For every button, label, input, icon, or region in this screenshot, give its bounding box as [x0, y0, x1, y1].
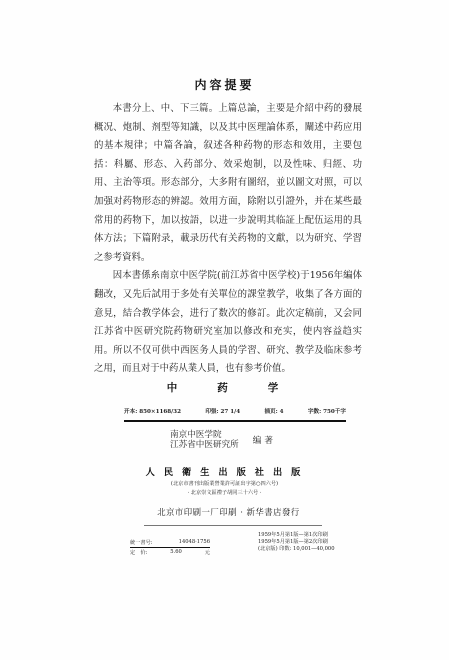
spec-plates: 插页: 4: [264, 407, 283, 415]
publication-specs: 开本: 850×1168/32 印張: 27 1/4 插页: 4 字数: 750…: [124, 407, 346, 415]
spec-format: 开本: 850×1168/32: [124, 407, 181, 415]
author-name: 南京中医学院: [170, 430, 239, 440]
printer-divider: [144, 525, 322, 526]
scanned-page: 内容提要 本書分上、中、下三篇。上篇总論，主要是介紹中药的發展概况、炮制、剂型等…: [0, 0, 449, 660]
summary-body: 本書分上、中、下三篇。上篇总論，主要是介紹中药的發展概况、炮制、剂型等知識，以及…: [94, 100, 362, 379]
summary-paragraph-1: 本書分上、中、下三篇。上篇总論，主要是介紹中药的發展概况、炮制、剂型等知識，以及…: [94, 100, 362, 267]
summary-paragraph-2: 因本書係糸南京中医学院(前江苏省中医学校)于1956年編体翻改，又先后試用于多处…: [94, 267, 362, 379]
price-row: 定 价: 5.60 元: [130, 548, 210, 557]
publisher-address-note: · 北京崇文區禮子胡同三十六号 ·: [0, 489, 449, 496]
publisher-name: 人民衛生出版社出版: [0, 464, 449, 478]
printer-line: 北京市印刷一厂印刷 · 新华書店發行: [0, 506, 449, 518]
spec-sheets: 印張: 27 1/4: [205, 407, 240, 415]
book-title: 中药学: [0, 380, 449, 395]
author-role: 编著: [253, 434, 276, 446]
price-unit: 元: [205, 549, 210, 556]
price-label: 定 价:: [130, 549, 147, 556]
print-run-line: (北京版) 印数: 10,001—40,000: [258, 546, 335, 553]
unified-number-label: 統一書号:: [130, 539, 153, 546]
summary-title: 内容提要: [0, 76, 449, 93]
publisher-license-note: (北京市書刊出版業營業許可証出字第○四六号): [0, 480, 449, 487]
author-names: 南京中医学院 江苏省中医研究所: [170, 430, 239, 450]
edition-info: 1959年5月第1版—第1次印刷 1959年5月第1版—第2次印刷 (北京版) …: [258, 532, 335, 554]
price-value: 5.60: [170, 549, 182, 556]
author-block: 南京中医学院 江苏省中医研究所 编著: [170, 430, 276, 450]
book-code-block: 統一書号: 14048·1756 定 价: 5.60 元: [130, 538, 210, 557]
spec-word-count: 字数: 750千字: [308, 407, 346, 415]
spec-divider: [124, 420, 346, 422]
unified-number-row: 統一書号: 14048·1756: [130, 538, 210, 548]
unified-number: 14048·1756: [179, 539, 210, 546]
author-name: 江苏省中医研究所: [170, 440, 239, 450]
